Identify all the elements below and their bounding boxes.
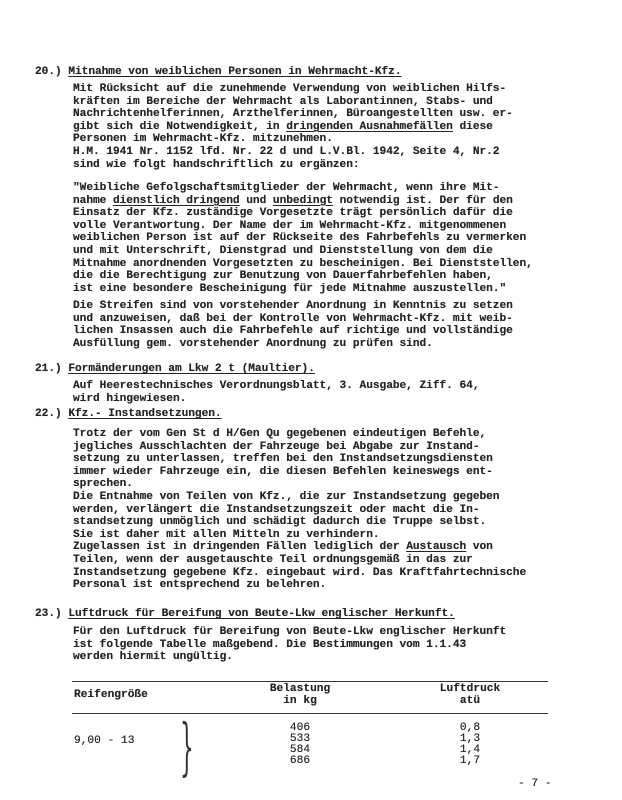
body-line: Auf Heerestechnisches Verordnungsblatt, …	[73, 380, 479, 392]
section-heading: 23.) Luftdruck für Bereifung von Beute-L…	[35, 608, 455, 620]
body-line: Zugelassen ist in dringenden Fällen ledi…	[73, 541, 493, 553]
body-line: Trotz der vom Gen St d H/Gen Qu gegebene…	[73, 428, 486, 440]
body-line: Die Entnahme von Teilen von Kfz., die zu…	[73, 491, 499, 503]
table-header-load: Belastung	[270, 683, 330, 695]
page-number: - 7 -	[518, 778, 552, 790]
body-line: Personen im Wehrmacht-Kfz. mitzunehmen.	[73, 133, 333, 145]
brace-icon: }	[180, 722, 194, 772]
table-header-tire-size: Reifengröße	[74, 689, 148, 701]
body-line: und anzuweisen, daß bei der Kontrolle vo…	[73, 313, 513, 325]
document-page: 20.) Mitnahme von weiblichen Personen in…	[0, 0, 622, 800]
quote-line: weiblichen Person ist auf der Rückseite …	[73, 232, 526, 244]
body-line: Die Streifen sind von vorstehender Anord…	[73, 300, 513, 312]
body-line: Ausfüllung gem. vorstehender Anordnung z…	[73, 338, 433, 350]
quote-line: Einsatz der Kfz. zuständige Vorgesetzte …	[73, 207, 513, 219]
body-line: Für den Luftdruck für Bereifung von Beut…	[73, 626, 506, 638]
table-header-load-unit: in kg	[283, 695, 317, 707]
quote-line: volle Verantwortung. Der Name der im Weh…	[73, 220, 506, 232]
body-line: jegliches Ausschlachten der Fahrzeuge be…	[73, 441, 479, 453]
body-line: ist folgende Tabelle maßgebend. Die Best…	[73, 639, 466, 651]
table-header-pressure: Luftdruck	[440, 683, 500, 695]
table-header-pressure-unit: atü	[460, 695, 480, 707]
body-line: H.M. 1941 Nr. 1152 lfd. Nr. 22 d und L.V…	[73, 146, 499, 158]
quote-line: nahme dienstlich dringend und unbedingt …	[73, 195, 513, 207]
body-line: Nachrichtenhelferinnen, Arzthelferinnen,…	[73, 108, 513, 120]
body-line: Instandsetzung gegebene Kfz. eingebaut w…	[73, 567, 526, 579]
table-top-rule	[72, 681, 548, 682]
body-line: sind wie folgt handschriftlich zu ergänz…	[73, 159, 360, 171]
body-line: immer wieder Fahrzeuge ein, die diesen B…	[73, 466, 493, 478]
section-heading: 22.) Kfz.- Instandsetzungen.	[35, 408, 222, 420]
table-cell-load: 686	[290, 755, 310, 767]
body-line: Teilen, wenn der ausgetauschte Teil ordn…	[73, 554, 473, 566]
body-line: Mit Rücksicht auf die zunehmende Verwend…	[73, 83, 506, 95]
body-line: gibt sich die Notwendigkeit, in dringend…	[73, 121, 493, 133]
quote-line: Mitnahme anordnenden Vorgesetzten zu bes…	[73, 258, 533, 270]
body-line: sprechen.	[73, 478, 133, 490]
body-line: kräften im Bereiche der Wehrmacht als La…	[73, 96, 493, 108]
body-line: werden hiermit ungültig.	[73, 651, 233, 663]
quote-line: ist eine besondere Bescheinigung für jed…	[73, 283, 506, 295]
section-heading: 21.) Formänderungen am Lkw 2 t (Maultier…	[35, 363, 315, 375]
quote-line: und mit Unterschrift, Dienstgrad und Die…	[73, 245, 493, 257]
body-line: lichen Insassen auch die Fahrbefehle auf…	[73, 325, 513, 337]
body-line: Sie ist daher mit allen Mitteln zu verhi…	[73, 529, 380, 541]
table-header-rule	[72, 713, 548, 714]
table-tire-size: 9,00 - 13	[74, 735, 134, 747]
table-cell-pressure: 1,7	[460, 755, 480, 767]
section-heading: 20.) Mitnahme von weiblichen Personen in…	[35, 66, 402, 78]
quote-line: die die Berechtigung zur Benutzung von D…	[73, 270, 493, 282]
quote-line: "Weibliche Gefolgschaftsmitglieder der W…	[73, 182, 499, 194]
body-line: wird hingewiesen.	[73, 393, 186, 405]
body-line: werden, verlängert die Instandsetzungsze…	[73, 504, 479, 516]
body-line: Personal ist entsprechend zu belehren.	[73, 579, 326, 591]
body-line: standsetzung unmöglich und schädigt dadu…	[73, 516, 486, 528]
body-line: setzung zu unterlassen, treffen bei den …	[73, 453, 493, 465]
